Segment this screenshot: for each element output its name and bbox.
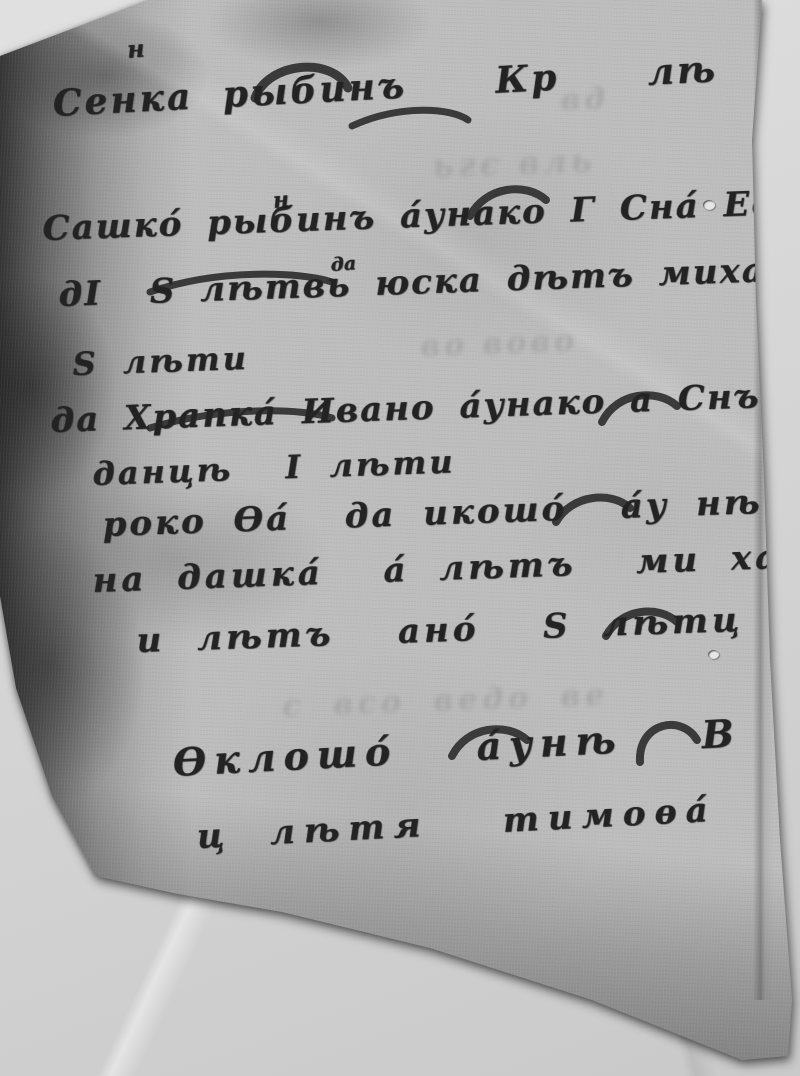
manuscript-photo: ьгє вль во вово с всо ведо ве вд Сенка р…	[0, 0, 800, 1076]
manuscript-line: Ѕ лѣти	[72, 342, 249, 380]
manuscript-line: дІ Ѕ лѣтвь юска дѣтъ михало	[58, 252, 800, 312]
manuscript-line: Сенка рыбинъ Кр лѣ	[52, 51, 719, 122]
superscript-mark: н	[272, 189, 290, 212]
manuscript-line: да Храпка́ Ивано а́унако а Снъ	[50, 379, 761, 438]
manuscript-line: Сашко́ рыбинъ а́унако Г Сна́ Естка	[42, 183, 800, 246]
page-shadow-wrap: ьгє вль во вово с всо ведо ве вд Сенка р…	[0, 0, 800, 1076]
superscript-mark: да	[330, 254, 357, 275]
manuscript-line: и лѣтъ ано́ Ѕ лѣтц	[136, 603, 744, 658]
superscript-mark: н	[126, 36, 146, 61]
manuscript-line: роко Ѳа́ да икошо́ а́у нѣ	[102, 485, 763, 542]
bleedthrough-line: во вово	[420, 327, 579, 362]
manuscript-line: данцѣ І лѣти	[92, 445, 456, 490]
bleedthrough-line: ьгє вль	[432, 144, 596, 182]
bleedthrough-line: с всо ведо ве	[282, 681, 610, 722]
paper-hole	[708, 650, 719, 659]
paper-hole	[703, 200, 715, 210]
manuscript-line: ц лѣтя тимоѳа́	[196, 793, 717, 854]
manuscript-page: ьгє вль во вово с всо ведо ве вд Сенка р…	[0, 0, 800, 1076]
manuscript-line: на дашка́ а́ лѣтъ ми ха́	[92, 540, 782, 598]
